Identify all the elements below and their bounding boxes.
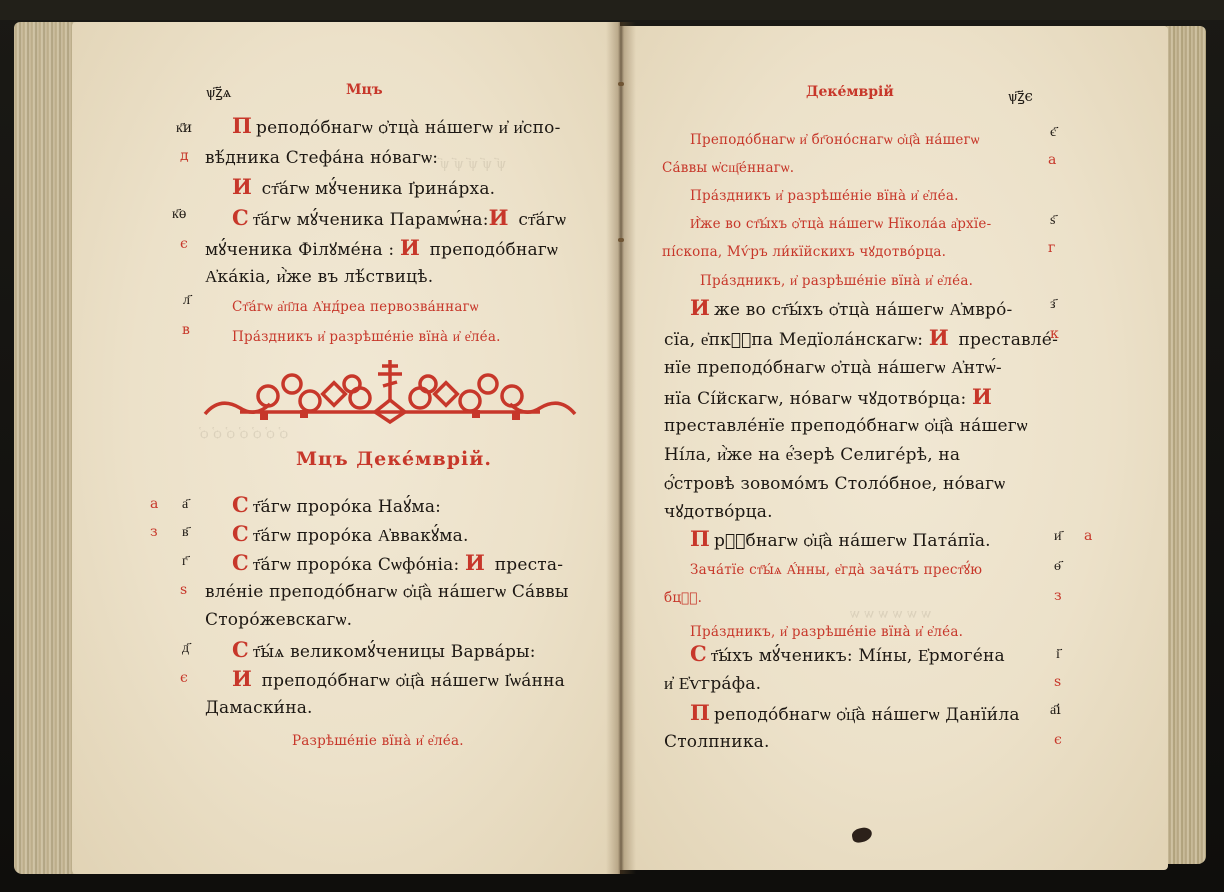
margin-date: д҃ xyxy=(182,640,189,657)
margin-weekday: а xyxy=(150,496,158,512)
text-line: Сторо́жевскагѡ. xyxy=(205,606,352,634)
text-line: Ст҃ы́хъ мꙋ́ченикъ: Мі́ны, Е҆рмоге́на xyxy=(690,640,1005,670)
binding-stitch xyxy=(618,238,624,242)
red-initial: П xyxy=(232,113,252,138)
margin-date: з҃ xyxy=(1050,296,1056,313)
book-cover-top xyxy=(0,0,1224,20)
text-line: Дамаски́на. xyxy=(205,694,313,722)
rubric-line: Са́ввы ѡ҆сщ҃е́ннагѡ. xyxy=(662,154,794,182)
month-heading: Мцъ Деке́мврій. xyxy=(296,448,492,470)
red-initial: С xyxy=(232,205,249,230)
margin-weekday: є xyxy=(180,236,188,252)
margin-weekday: а xyxy=(1048,152,1056,168)
text-line: мꙋ́ченика Філꙋме́на : И преподо́бнагѡ xyxy=(205,234,558,264)
page-number-left: ѱ҃ꙁ҃ѧ xyxy=(206,82,231,102)
book-gutter xyxy=(606,22,636,874)
margin-weekday: з xyxy=(1054,588,1062,604)
margin-weekday: ѕ xyxy=(1054,674,1061,690)
red-initial: И xyxy=(972,384,992,409)
page-number-right: ѱ҃ꙁ҃є xyxy=(1008,86,1033,106)
margin-weekday: г xyxy=(1048,240,1055,256)
red-initial: П xyxy=(690,700,710,725)
margin-weekday: ѕ xyxy=(180,582,187,598)
margin-date: к҃ѳ xyxy=(172,206,187,223)
rubric-line: Пра́здникъ, и҆ разрѣше́ніе вїна̀ и҆ е҆ле… xyxy=(700,267,973,295)
margin-date: г҃ xyxy=(182,553,188,570)
margin-weekday: з xyxy=(150,524,158,540)
margin-date: л҃ xyxy=(183,292,190,309)
text-line: Ст҃а́гѡ проро́ка Наꙋ́ма: xyxy=(232,491,441,521)
text-line: Ст҃ы́ѧ великомꙋ́ченицы Варва́ры: xyxy=(232,636,536,666)
margin-weekday: д xyxy=(180,148,189,164)
red-initial: И xyxy=(400,235,420,260)
text-line: нїе преподо́бнагѡ ѻ҆тца̀ на́шегѡ А҆нтѡ́- xyxy=(664,354,1002,382)
margin-weekday: а xyxy=(1084,528,1092,544)
text-line: И преподо́бнагѡ ѻ҆ц҃а̀ на́шегѡ І҆ѡа́нна xyxy=(232,665,565,695)
rubric-line: И҆̀же во ст҃ы́хъ ѻ҆тца̀ на́шегѡ Нїкола́а… xyxy=(690,210,991,238)
text-line: И ст҃а́гѡ мꙋ́ченика І҆рина́рха. xyxy=(232,173,495,203)
margin-date: ѕ҃ xyxy=(1050,212,1055,229)
red-initial: С xyxy=(232,637,249,662)
text-line: А҆ка́кіа, и҆̀же въ лѣ́ствицѣ. xyxy=(205,263,433,291)
red-initial: С xyxy=(232,521,249,546)
text-line: Ст҃а́гѡ проро́ка Сѡфо́ніа: И преста- xyxy=(232,549,563,579)
red-initial: И xyxy=(929,325,949,350)
text-line: Ст҃а́гѡ мꙋ́ченика Парамѡ́на:И ст҃а́гѡ xyxy=(232,204,566,234)
red-initial: С xyxy=(232,550,249,575)
red-initial: И xyxy=(232,666,252,691)
running-head-left: Мцъ xyxy=(346,82,383,98)
text-line: преставле́нїе преподо́бнагѡ ѻ҆ц҃а̀ на́ше… xyxy=(664,412,1028,440)
rubric-line: Преподо́бнагѡ и҆ бг҃оно́снагѡ ѻ҆ц҃а̀ на́… xyxy=(690,126,980,154)
text-line: чꙋдотво́рца. xyxy=(664,498,773,526)
text-line: вѣ́дника Стефа́на но́вагѡ: xyxy=(205,144,438,172)
margin-date: а҃і xyxy=(1050,702,1061,719)
margin-date: в҃ xyxy=(182,524,189,541)
margin-date: а҃ xyxy=(182,496,188,513)
red-initial: П xyxy=(690,526,710,551)
red-initial: И xyxy=(465,550,485,575)
rubric-line: бцⷣꙋ. xyxy=(664,584,702,612)
text-line: Преподо́бнагѡ ѻ҆тца̀ на́шегѡ и҆ и҆спо- xyxy=(232,112,561,142)
rubric-line: Ст҃а́гѡ а҆п҃ла А҆нд́реа первозва́ннагѡ xyxy=(232,293,479,321)
decorative-headpiece-ornament xyxy=(200,356,580,436)
left-page-stack xyxy=(14,22,80,874)
red-initial: С xyxy=(690,641,707,666)
rubric-line: пі́скопа, Мѵ́ръ ли́кїйскихъ чꙋдотво́рца. xyxy=(662,238,946,266)
red-initial: И xyxy=(232,174,252,199)
text-line: Прⷫ҇бнагѡ ѻ҆ц҃а̀ на́шегѡ Пата́пїа. xyxy=(690,525,991,555)
red-initial: С xyxy=(232,492,249,517)
text-line: вле́ніе преподо́бнагѡ ѻ҆ц҃а̀ на́шегѡ Са́… xyxy=(205,578,569,606)
margin-weekday: є xyxy=(180,670,188,686)
margin-date: и҃ xyxy=(1054,528,1062,545)
margin-date: ѳ҃ xyxy=(1054,558,1061,575)
margin-date: і҃ xyxy=(1056,646,1060,663)
text-line: Столпника. xyxy=(664,728,770,756)
text-line: Преподо́бнагѡ ѻ҆ц҃а̀ на́шегѡ Данїи́ла xyxy=(690,699,1020,729)
footer-rubric: Разрѣше́ніе вїна̀ и҆ е҆ле́а. xyxy=(292,727,464,755)
text-line: Иже во ст҃ы́хъ ѻ҆тца̀ на́шегѡ А҆мвро́- xyxy=(690,294,1012,324)
text-line: Ні́ла, и҆̀же на е҆́зерѣ Селиге́рѣ, на xyxy=(664,441,960,469)
margin-weekday: є xyxy=(1054,732,1062,748)
margin-weekday: в xyxy=(182,322,190,338)
binding-stitch xyxy=(618,82,624,86)
margin-date: є҃ xyxy=(1050,124,1056,141)
text-line: ѻ҆́стровѣ зовомо́мъ Столо́бное, но́вагѡ xyxy=(664,470,1005,498)
margin-weekday: к xyxy=(1050,326,1059,342)
text-line: сїа, е҆пкⷭ҇па Медїола́нскагѡ: И преставл… xyxy=(664,324,1058,354)
margin-date: к҃и xyxy=(176,120,192,137)
red-initial: И xyxy=(690,295,710,320)
text-line: Ст҃а́гѡ проро́ка А҆ввакꙋ́ма. xyxy=(232,520,469,550)
red-initial: И xyxy=(489,205,509,230)
text-line: нїа Сі́йскагѡ, но́вагѡ чꙋдотво́рца: И xyxy=(664,383,996,413)
text-line: и҆ Е҆ѵгра́фа. xyxy=(664,670,761,698)
rubric-line: Пра́здникъ и҆ разрѣше́ніе вїна̀ и҆ е҆ле́… xyxy=(232,323,501,351)
running-head-right: Деке́мврій xyxy=(806,84,894,100)
rubric-line: Зача́тїе ст҃ы́ѧ А҆́нны, е҆гда̀ зача́тъ п… xyxy=(690,556,982,584)
rubric-line: Пра́здникъ и҆ разрѣше́ніе вїна̀ и҆ е҆ле́… xyxy=(690,182,959,210)
